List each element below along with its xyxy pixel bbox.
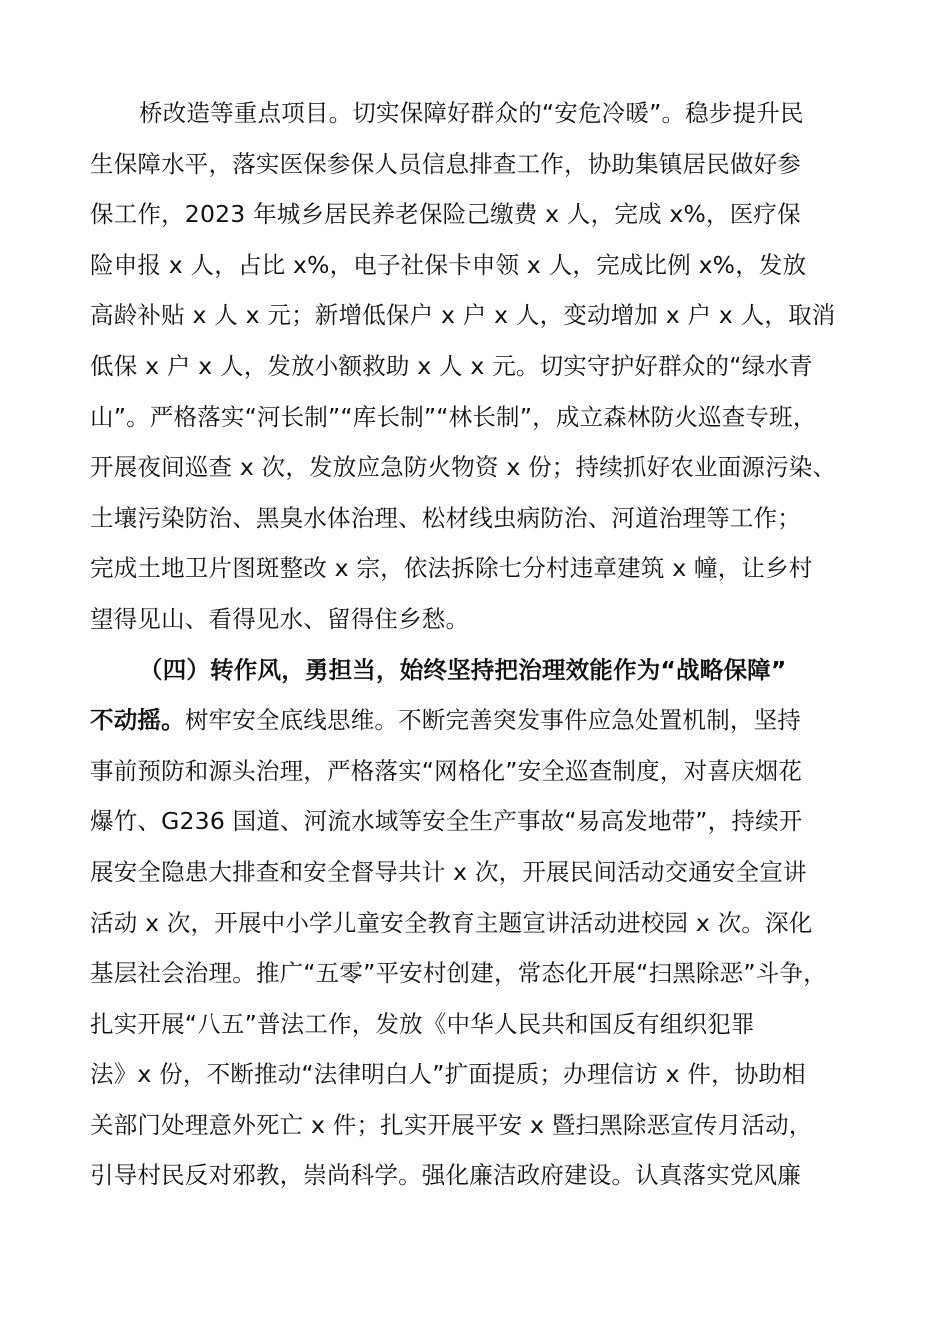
section-heading-end: 不动摇。 xyxy=(90,706,185,734)
text-line: 土壤污染防治、黑臭水体治理、松材线虫病防治、河道治理等工作； xyxy=(90,493,862,544)
text-line: 山”。严格落实“河长制”“库长制”“林长制”，成立森林防火巡查专班， xyxy=(90,392,862,443)
text-line: 低保 x 户 x 人，发放小额救助 x 人 x 元。切实守护好群众的“绿水青 xyxy=(90,341,862,392)
text-line: 活动 x 次，开展中小学儿童安全教育主题宣讲活动进校园 x 次。深化 xyxy=(90,898,862,949)
text-line: 关部门处理意外死亡 x 件；扎实开展平安 x 暨扫黑除恶宣传月活动， xyxy=(90,1100,862,1151)
text-line: 险申报 x 人，占比 x%，电子社保卡申领 x 人，完成比例 x%，发放 xyxy=(90,240,862,291)
text-line: 基层社会治理。推广“五零”平安村创建，常态化开展“扫黑除恶”斗争， xyxy=(90,948,862,999)
text-line: 高龄补贴 x 人 x 元；新增低保户 x 户 x 人，变动增加 x 户 x 人，… xyxy=(90,290,862,341)
text-line: 生保障水平，落实医保参保人员信息排查工作，协助集镇居民做好参 xyxy=(90,139,862,190)
text-line: 爆竹、G236 国道、河流水域等安全生产事故“易高发地带”，持续开 xyxy=(90,796,862,847)
document-body: 桥改造等重点项目。切实保障好群众的“安危冷暖”。稳步提升民 生保障水平，落实医保… xyxy=(90,88,862,1201)
text-run: 树牢安全底线思维。不断完善突发事件应急处置机制，坚持 xyxy=(185,706,801,734)
text-line: 展安全隐患大排查和安全督导共计 x 次，开展民间活动交通安全宣讲 xyxy=(90,847,862,898)
section-heading: （四）转作风，勇担当，始终坚持把治理效能作为“战略保障” xyxy=(90,645,862,696)
text-line: 不动摇。树牢安全底线思维。不断完善突发事件应急处置机制，坚持 xyxy=(90,695,862,746)
text-line: 完成土地卫片图斑整改 x 宗，依法拆除七分村违章建筑 x 幢，让乡村 xyxy=(90,543,862,594)
document-page: 桥改造等重点项目。切实保障好群众的“安危冷暖”。稳步提升民 生保障水平，落实医保… xyxy=(0,0,950,1344)
text-line: 事前预防和源头治理，严格落实“网格化”安全巡查制度，对喜庆烟花 xyxy=(90,746,862,797)
text-line: 桥改造等重点项目。切实保障好群众的“安危冷暖”。稳步提升民 xyxy=(90,88,862,139)
text-line: 扎实开展“八五”普法工作，发放《中华人民共和国反有组织犯罪 xyxy=(90,999,862,1050)
text-line: 望得见山、看得见水、留得住乡愁。 xyxy=(90,594,862,645)
text-line: 开展夜间巡查 x 次，发放应急防火物资 x 份；持续抓好农业面源污染、 xyxy=(90,442,862,493)
text-line: 保工作，2023 年城乡居民养老保险己缴费 x 人，完成 x%，医疗保 xyxy=(90,189,862,240)
text-line: 法》x 份，不断推动“法律明白人”扩面提质；办理信访 x 件，协助相 xyxy=(90,1049,862,1100)
text-line: 引导村民反对邪教，崇尚科学。强化廉洁政府建设。认真落实党风廉 xyxy=(90,1150,862,1201)
paragraph-livelihood-environment: 桥改造等重点项目。切实保障好群众的“安危冷暖”。稳步提升民 生保障水平，落实医保… xyxy=(90,88,862,645)
paragraph-section-four: （四）转作风，勇担当，始终坚持把治理效能作为“战略保障” 不动摇。树牢安全底线思… xyxy=(90,645,862,1202)
